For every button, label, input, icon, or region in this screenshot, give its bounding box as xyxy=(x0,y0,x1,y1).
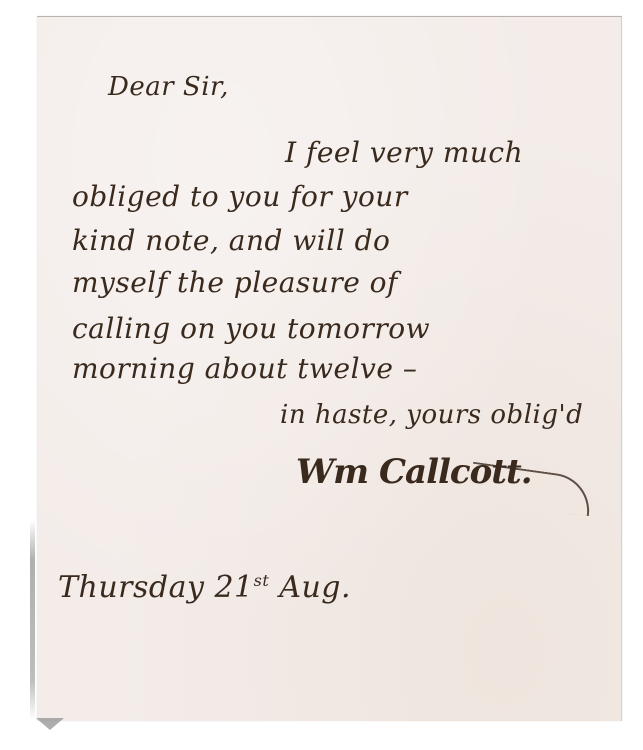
letter-body-line-4: myself the pleasure of xyxy=(72,266,398,299)
date-month: Aug. xyxy=(269,570,351,605)
date-day: Thursday 21 xyxy=(58,570,254,605)
letter-body-line-6: morning about twelve – xyxy=(72,352,417,385)
paper-edge-smudge xyxy=(30,520,35,720)
date-ordinal-suffix: st xyxy=(254,571,270,590)
letter-body-line-2: obliged to you for your xyxy=(72,180,408,213)
letter-body-line-3: kind note, and will do xyxy=(72,224,390,257)
letter-body-line-5: calling on you tomorrow xyxy=(72,312,430,345)
letter-body-line-1: I feel very much xyxy=(285,136,523,169)
letter-salutation: Dear Sir, xyxy=(108,72,229,102)
letter-closing: in haste, yours oblig'd xyxy=(280,400,583,430)
paper-corner-mark xyxy=(36,718,64,730)
letter-date: Thursday 21st Aug. xyxy=(58,570,351,605)
